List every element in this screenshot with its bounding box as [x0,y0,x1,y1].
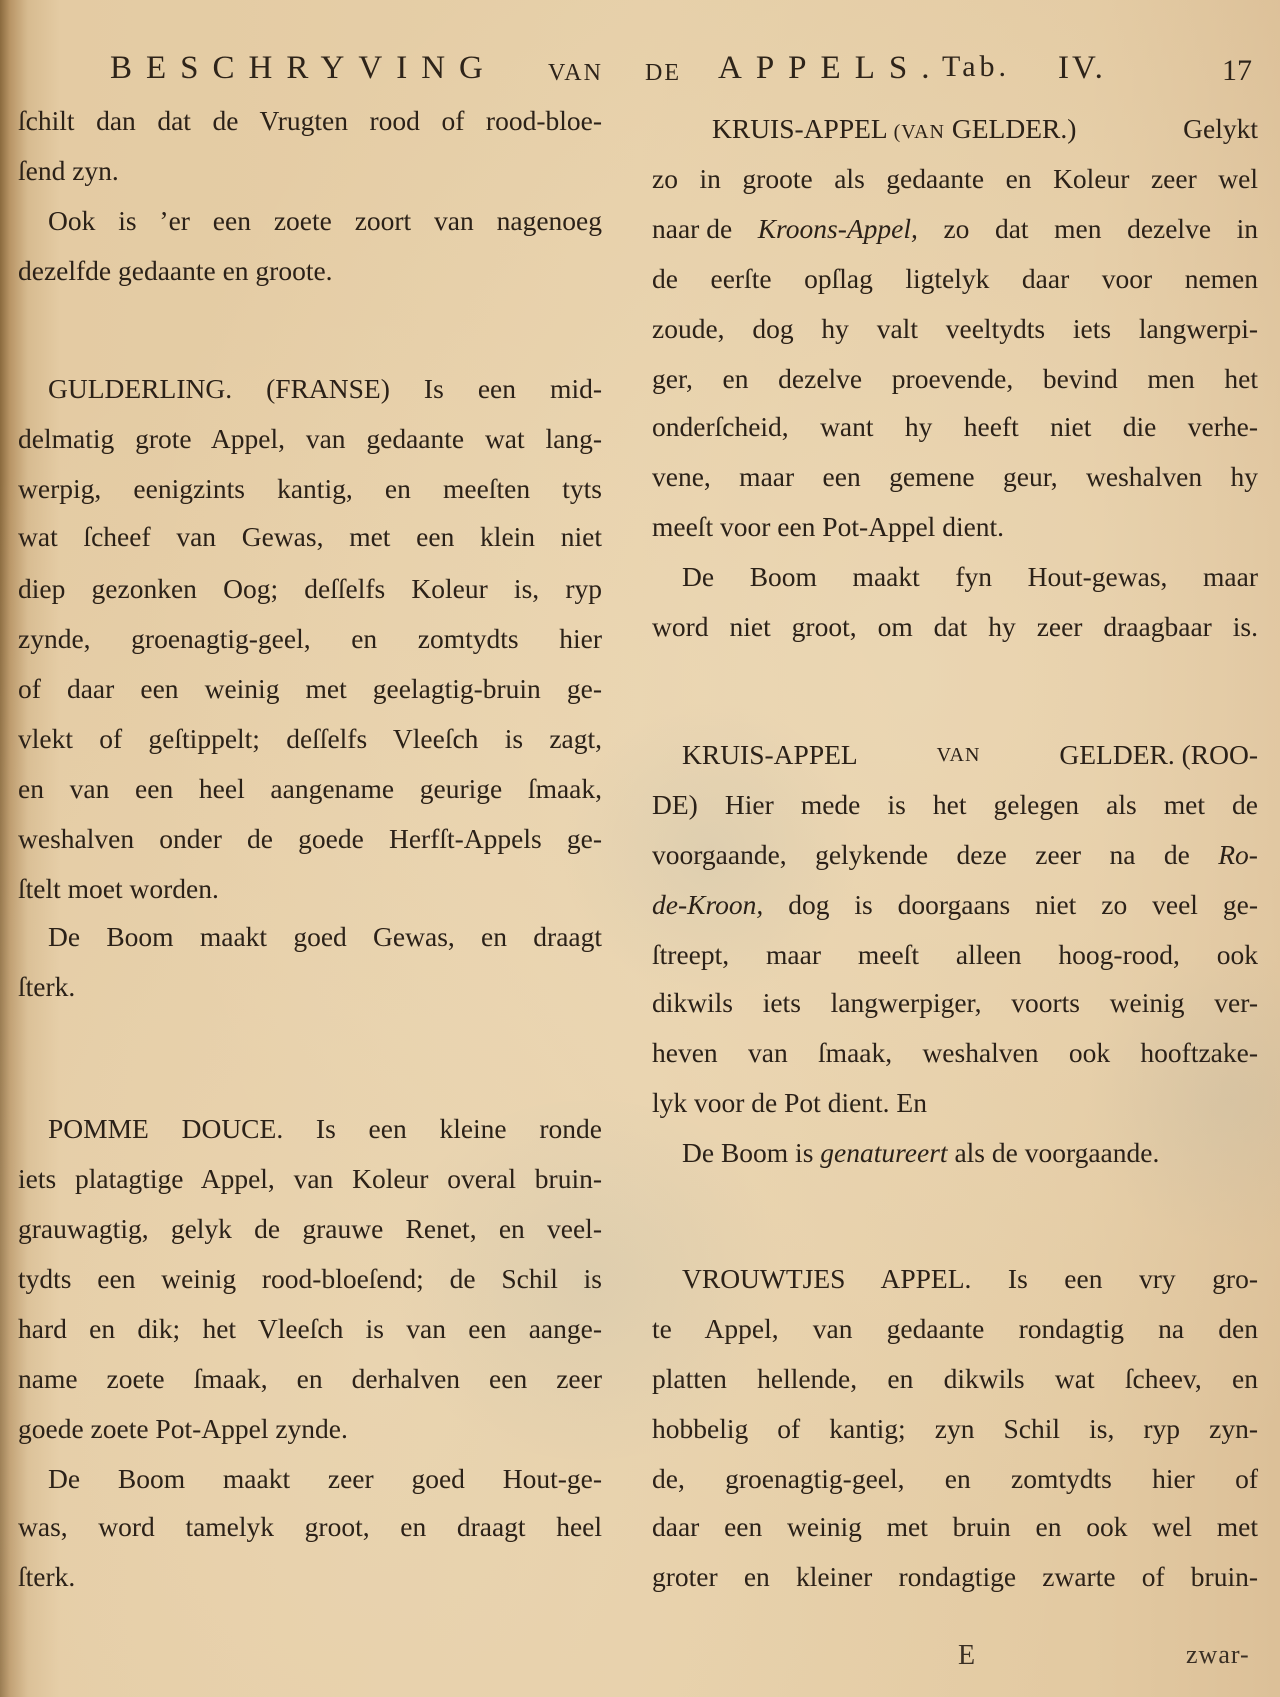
text-line: word niet groot, om dat hy zeer draagbaa… [652,610,1258,644]
heading-kruis-appel-roode: KRUIS-APPEL VAN GELDER. (ROO- [652,738,1258,772]
text-line: heven van ſmaak, weshalven ook hooftzake… [652,1036,1258,1070]
text-line: vene, maar een gemene geur, weshalven hy [652,460,1258,494]
text-line: dikwils iets langwerpiger, voorts weinig… [652,986,1258,1020]
text-line: lyk voor de Pot dient. En [652,1086,927,1120]
text-line-kroons-appel: naar deKroons-Appel,zodatmendezelvein [652,212,1258,246]
text-line: onderſcheid, want hy heeft niet die verh… [652,410,1258,444]
right-column: KRUIS-APPEL (VAN GELDER.) Gelykt zo in g… [652,0,1258,1697]
heading-vrouwtjes-appel: VROUWTJES APPEL. Is een vry gro- [652,1262,1258,1296]
text-line: De Boom maakt zeer goed Hout-ge- [18,1462,602,1496]
text-line: zoude, dog hy valt veeltydts iets langwe… [652,312,1258,346]
text-line: Ook is ’er een zoete zoort van nagenoeg [18,204,602,238]
heading-gulderling: GULDERLING. (FRANSE) Is een mid- [18,372,602,406]
text-line: meeſt voor een Pot-Appel dient. [652,510,1004,544]
text-line: of daar een weinig met geelagtig-bruin g… [18,672,602,706]
text-line: wat ſcheef van Gewas, met een klein niet [18,520,602,554]
catchword: zwar- [1186,1640,1250,1670]
text-line: De Boom maakt fyn Hout-gewas, maar [652,560,1258,594]
text-line-rode-kroon: voorgaande,gelykendedezezeernadeRo- [652,838,1258,872]
text-fragment: De Boom is [682,1137,813,1168]
text-line: werpig, eenigzints kantig, en meeſten ty… [18,472,602,506]
text-italic: genatureert [820,1137,947,1168]
text-word: Gelykt [1183,112,1258,149]
text-line: ſend zyn. [18,154,119,188]
text-line: ſtelt moet worden. [18,872,219,906]
text-line: tydts een weinig rood-bloeſend; de Schil… [18,1262,602,1296]
heading-gelder-roode: GELDER. (ROO- [1059,738,1258,772]
text-line: DE) Hier mede is het gelegen als met de [652,788,1258,822]
text-line: te Appel, van gedaante rondagtig na den [652,1312,1258,1346]
heading-name: KRUIS-APPEL [712,113,887,144]
text-line: en van een heel aangename geurige ſmaak, [18,772,602,806]
text-line: platten hellende, en dikwils wat ſcheev,… [652,1362,1258,1396]
heading-gelder: GELDER.) [952,113,1077,144]
text-line: was, word tamelyk groot, en draagt heel [18,1510,602,1544]
text-fragment: als de voorgaande. [954,1137,1159,1168]
text-line: hobbelig of kantig; zyn Schil is, ryp zy… [652,1412,1258,1446]
left-column: ſchilt dan dat de Vrugten rood of rood-b… [18,0,610,1697]
text-line: de, groenagtig-geel, en zomtydts hier of [652,1462,1258,1496]
text-line: groter en kleiner rondagtige zwarte of b… [652,1560,1258,1594]
text-line: ſchilt dan dat de Vrugten rood of rood-b… [18,104,602,138]
text-line: zynde, groenagtig-geel, en zomtydts hier [18,622,602,656]
heading-pomme-douce: POMME DOUCE. Is een kleine ronde [18,1112,602,1146]
heading-van: (VAN [894,121,945,143]
text-line-rode-kroon-2: de-Kroon,dogisdoorgaansnietzoveelge- [652,888,1258,922]
text-line: De Boom maakt goed Gewas, en draagt [18,920,602,954]
text-line-genatureert: De Boom is genatureert als de voorgaande… [652,1136,1159,1170]
text-line: ger, en dezelve proevende, bevind men he… [652,362,1258,396]
text-line: ſterk. [18,970,75,1004]
text-line: goede zoete Pot-Appel zynde. [18,1412,348,1446]
text-line: ſterk. [18,1560,75,1594]
text-line: ſtreept, maar meeſt alleen hoog-rood, oo… [652,938,1258,972]
text-line: vlekt of geſtippelt; deſſelfs Vleeſch is… [18,722,602,756]
text-line: diep gezonken Oog; deſſelfs Koleur is, r… [18,572,602,606]
text-line: hard en dik; het Vleeſch is van een aang… [18,1312,602,1346]
heading-van: VAN [937,738,981,772]
text-line: grauwagtig, gelyk de grauwe Renet, en ve… [18,1212,602,1246]
heading-kruis-appel: KRUIS-APPEL (VAN GELDER.) Gelykt [652,112,1258,149]
text-line: iets platagtige Appel, van Koleur overal… [18,1162,602,1196]
text-line: name zoete ſmaak, en derhalven een zeer [18,1362,602,1396]
text-line: delmatig grote Appel, van gedaante wat l… [18,422,602,456]
signature-mark: E [958,1640,975,1672]
text-line: zo in groote als gedaante en Koleur zeer… [652,162,1258,196]
heading-name: KRUIS-APPEL [682,738,858,772]
text-line: de eerſte opſlag ligtelyk daar voor neme… [652,262,1258,296]
book-page: BESCHRYVING VAN DE APPELS. Tab. IV. 17 ſ… [0,0,1280,1697]
text-line: dezelfde gedaante en groote. [18,254,333,288]
text-line: weshalven onder de goede Herfſt-Appels g… [18,822,602,856]
text-line: daar een weinig met bruin en ook wel met [652,1510,1258,1544]
